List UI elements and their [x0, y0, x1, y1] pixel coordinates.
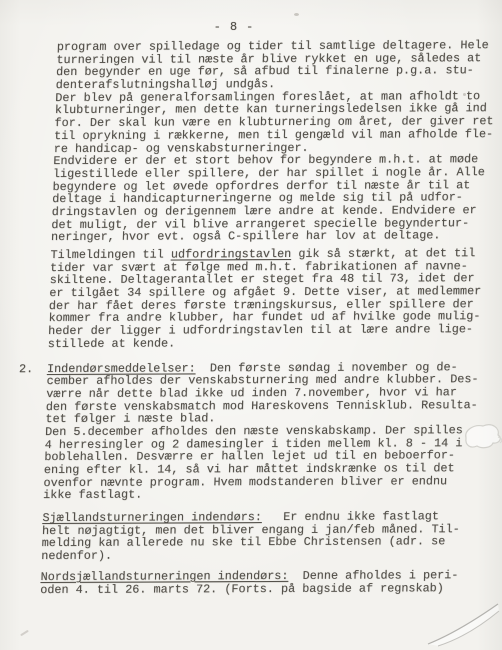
text-line: heder der ligger i udfordringstavlen til…: [48, 323, 490, 338]
text-block: program over spilledage og tider til sam…: [40, 39, 499, 596]
text-line: ikke fastlagt.: [43, 487, 485, 502]
paragraph-tournament-program: program over spilledage og tider til sam…: [51, 39, 499, 244]
page-curl-mark: [398, 594, 502, 650]
paragraph-challenge-board: Tilmeldingen til udfordringstavlen gik s…: [48, 247, 493, 350]
ink-speck: [294, 13, 299, 16]
page-number: - 8 -: [204, 20, 264, 34]
ink-speck: [463, 93, 466, 96]
section-sjaelland-tournament: Sjællandsturneringen indendørs: Er endnu…: [41, 510, 485, 563]
paper-stain-mark: [456, 418, 502, 460]
section-nordsjaelland-tournament: Nordsjællandsturneringen indendørs: Denn…: [40, 569, 483, 596]
scanned-document-page: - 8 - program over spilledage og tider t…: [0, 0, 502, 650]
text-line: neringer, hvor evt. også C-spillere har …: [51, 229, 493, 244]
section-indoor-announcements: 2. Indendørsmeddelelser: Den første sønd…: [43, 361, 489, 502]
ink-speck: [20, 630, 29, 636]
text-line: nedenfor).: [41, 548, 483, 563]
item-number: 2.: [19, 363, 34, 376]
text-line: stillede at kende.: [48, 336, 490, 351]
